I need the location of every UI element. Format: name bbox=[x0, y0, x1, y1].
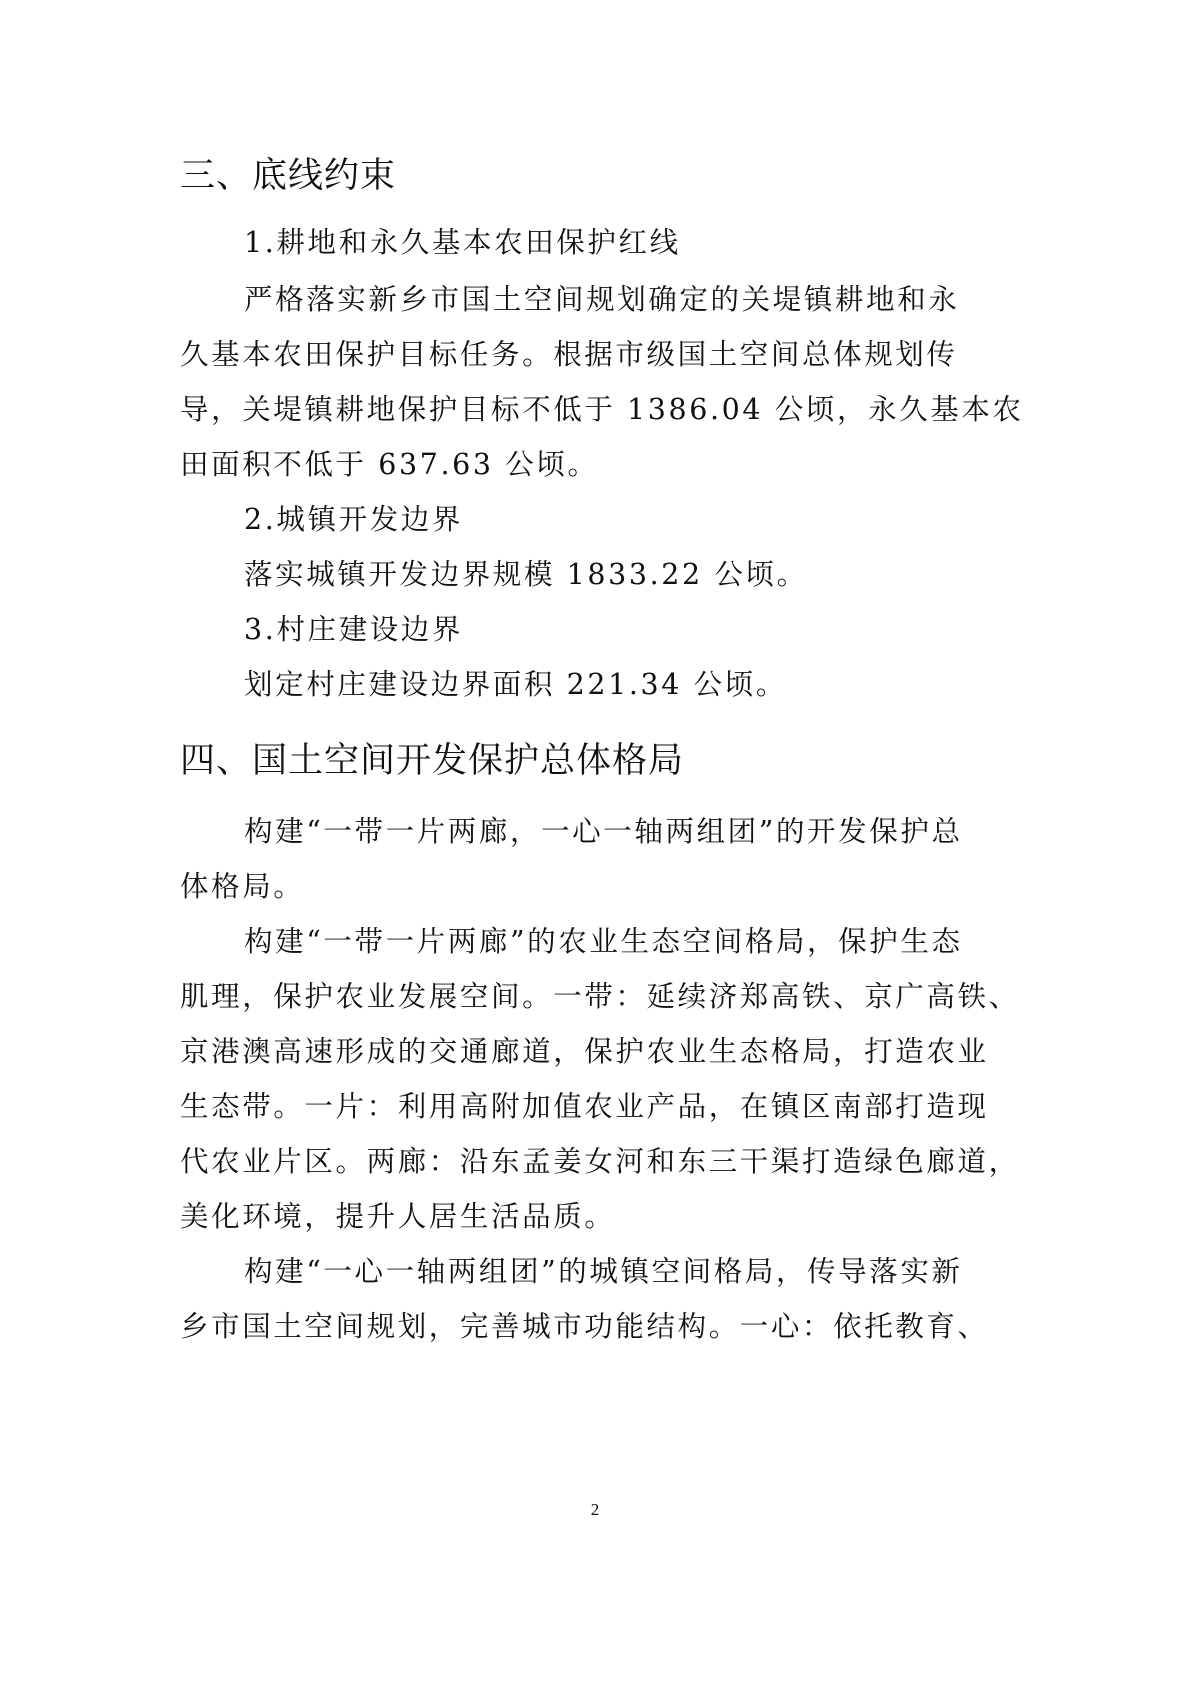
paragraph-line: 严格落实新乡市国土空间规划确定的关堤镇耕地和永 bbox=[244, 286, 959, 315]
paragraph-line: 久基本农田保护目标任务。根据市级国土空间总体规划传 bbox=[180, 341, 958, 370]
paragraph-line: 田面积不低于 637.63 公顷。 bbox=[180, 451, 599, 480]
paragraph-line: 划定村庄建设边界面积 221.34 公顷。 bbox=[244, 671, 787, 700]
paragraph-line: 美化环境，提升人居生活品质。 bbox=[180, 1203, 615, 1232]
paragraph-line: 乡市国土空间规划，完善城市功能结构。一心：依托教育、 bbox=[180, 1313, 989, 1342]
paragraph-line: 生态带。一片：利用高附加值农业产品，在镇区南部打造现 bbox=[180, 1093, 989, 1122]
paragraph-line: 代农业片区。两廊：沿东孟姜女河和东三干渠打造绿色廊道， bbox=[180, 1148, 1020, 1177]
document-page: 三、底线约束 1.耕地和永久基本农田保护红线 严格落实新乡市国土空间规划确定的关… bbox=[0, 0, 1190, 1683]
paragraph-line: 构建“一带一片两廊”的农业生态空间格局，保护生态 bbox=[244, 928, 963, 957]
paragraph-line: 体格局。 bbox=[180, 873, 304, 902]
section-heading-3: 三、底线约束 bbox=[180, 148, 396, 198]
subsection-title-3: 3.村庄建设边界 bbox=[244, 616, 463, 645]
paragraph-line: 肌理，保护农业发展空间。一带：延续济郑高铁、京广高铁、 bbox=[180, 983, 1020, 1012]
subsection-title-2: 2.城镇开发边界 bbox=[244, 506, 463, 535]
subsection-title-1: 1.耕地和永久基本农田保护红线 bbox=[244, 229, 681, 258]
page-number: 2 bbox=[0, 1500, 1190, 1520]
section-heading-4: 四、国土空间开发保护总体格局 bbox=[180, 733, 684, 783]
paragraph-line: 构建“一带一片两廊，一心一轴两组团”的开发保护总 bbox=[244, 818, 963, 847]
paragraph-line: 导，关堤镇耕地保护目标不低于 1386.04 公顷，永久基本农 bbox=[180, 396, 1024, 425]
paragraph-line: 京港澳高速形成的交通廊道，保护农业生态格局，打造农业 bbox=[180, 1038, 989, 1067]
paragraph-line: 落实城镇开发边界规模 1833.22 公顷。 bbox=[244, 561, 808, 590]
paragraph-line: 构建“一心一轴两组团”的城镇空间格局，传导落实新 bbox=[244, 1258, 963, 1287]
